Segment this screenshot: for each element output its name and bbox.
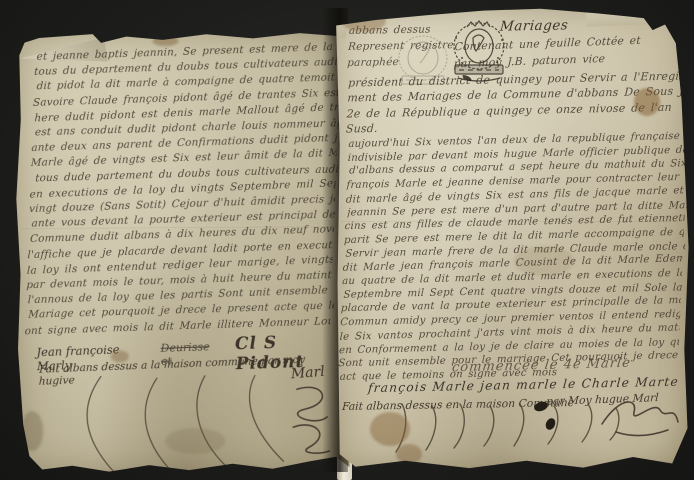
age-stain <box>396 444 422 464</box>
signature: Marl <box>290 364 325 383</box>
right-page-closing-by: par Moy hugue Marl <box>546 391 659 408</box>
right-page-closing-line: Fait albans dessus en la maison Commune <box>342 396 575 413</box>
manuscript-line: Represent registre <box>348 37 455 55</box>
page-title: Mariages <box>499 17 569 34</box>
photographed-manuscript: et jeanne baptis jeannin, Se present est… <box>0 0 694 480</box>
pen-flourish-strokes-icon <box>71 373 322 475</box>
folded-edge <box>586 7 673 27</box>
folded-corner <box>333 11 349 38</box>
age-stain <box>165 428 225 454</box>
right-page-header-text: président du district de quingey pour Se… <box>346 68 685 137</box>
manuscript-page-right: abbans dessusRepresent registreparaphée … <box>334 6 690 470</box>
right-page-subtitle: Contenant une feuille Cottée etpar moy J… <box>453 33 641 73</box>
right-page-body-text: aujourd'hui Six ventos l'an deux de la r… <box>337 130 688 385</box>
age-stain <box>21 411 43 451</box>
left-page-body-text: et jeanne baptis jeannin, Se present est… <box>24 40 340 340</box>
manuscript-page-left: et jeanne baptis jeannin, Se present est… <box>12 29 349 473</box>
ink-blot <box>544 417 557 432</box>
signature-flourish-icon <box>285 381 344 459</box>
manuscript-line: abbans dessus <box>348 21 455 39</box>
age-stain <box>370 412 410 446</box>
manuscript-line: paraphée <box>347 53 454 71</box>
right-page-margin-notes: abbans dessusRepresent registreparaphée <box>347 21 455 71</box>
